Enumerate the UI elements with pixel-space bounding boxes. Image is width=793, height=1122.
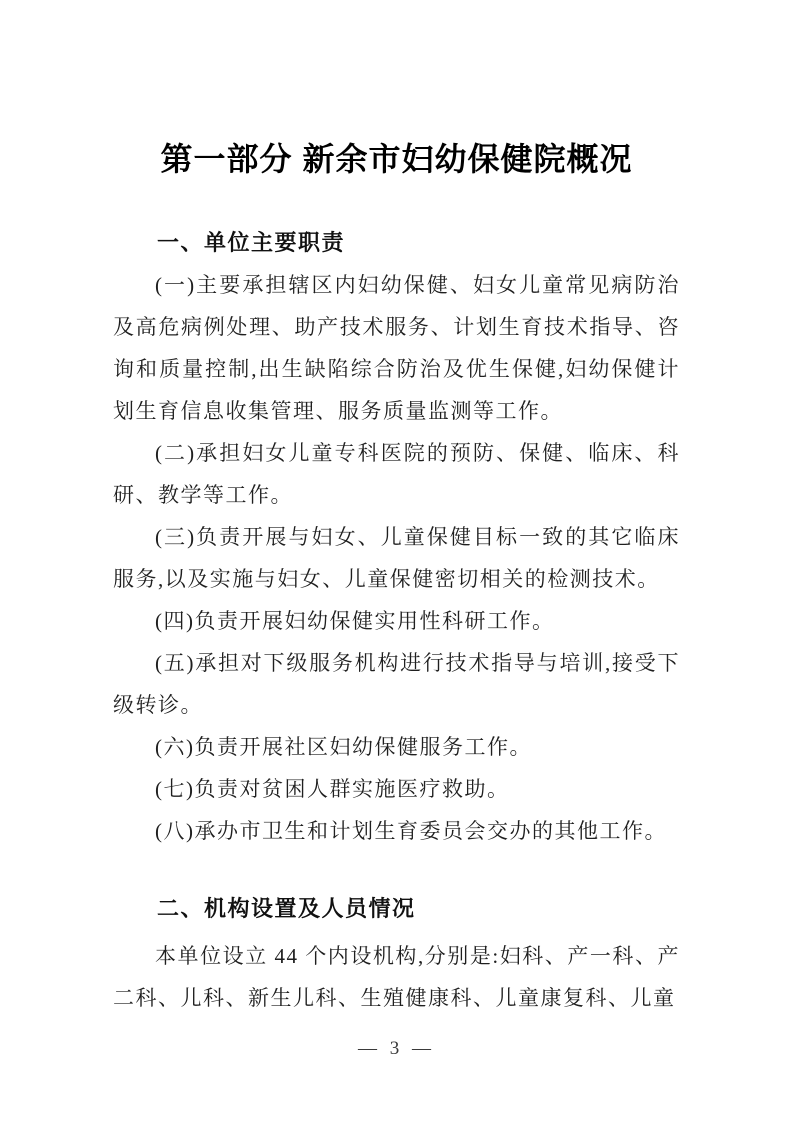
section-1-heading: 一、单位主要职责 [113,230,680,256]
section-1-paragraph-3: (三)负责开展与妇女、儿童保健目标一致的其它临床服务,以及实施与妇女、儿童保健密… [113,516,680,600]
page-number: — 3 — [0,1038,793,1060]
section-1-paragraph-2: (二)承担妇女儿童专科医院的预防、保健、临床、科研、教学等工作。 [113,432,680,516]
document-title: 第一部分 新余市妇幼保健院概况 [113,140,680,178]
section-1-paragraph-4: (四)负责开展妇幼保健实用性科研工作。 [113,600,680,642]
section-1-paragraph-8: (八)承办市卫生和计划生育委员会交办的其他工作。 [113,810,680,852]
section-2-heading: 二、机构设置及人员情况 [113,896,680,922]
section-1-paragraph-7: (七)负责对贫困人群实施医疗救助。 [113,768,680,810]
section-1-paragraph-1: (一)主要承担辖区内妇幼保健、妇女儿童常见病防治及高危病例处理、助产技术服务、计… [113,264,680,432]
section-1-paragraph-5: (五)承担对下级服务机构进行技术指导与培训,接受下级转诊。 [113,642,680,726]
section-1-body: (一)主要承担辖区内妇幼保健、妇女儿童常见病防治及高危病例处理、助产技术服务、计… [113,264,680,852]
section-1-paragraph-6: (六)负责开展社区妇幼保健服务工作。 [113,726,680,768]
section-2-body: 本单位设立 44 个内设机构,分别是:妇科、产一科、产二科、儿科、新生儿科、生殖… [113,935,680,1019]
section-2-paragraph-1: 本单位设立 44 个内设机构,分别是:妇科、产一科、产二科、儿科、新生儿科、生殖… [113,935,680,1019]
page-content: 第一部分 新余市妇幼保健院概况 一、单位主要职责 (一)主要承担辖区内妇幼保健、… [0,140,793,1019]
document-page: 第一部分 新余市妇幼保健院概况 一、单位主要职责 (一)主要承担辖区内妇幼保健、… [0,0,793,1122]
